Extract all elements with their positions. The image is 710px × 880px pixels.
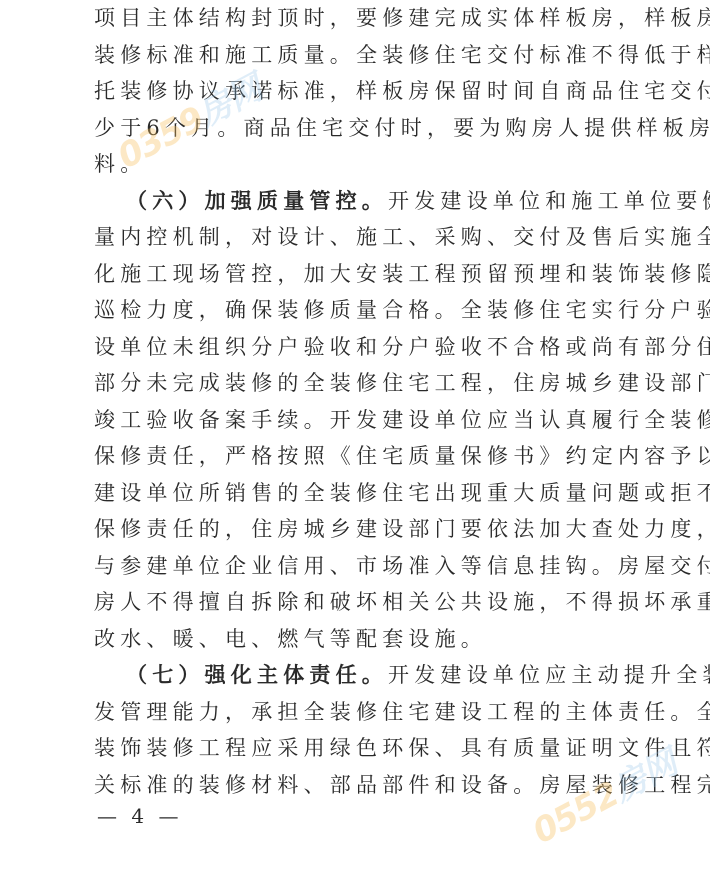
text-line: 化施工现场管控，加大安装工程预留预埋和装饰装修隐蔽工程的: [94, 259, 620, 289]
text-line: 设单位未组织分户验收和分户验收不合格或尚有部分住宅及公共: [94, 332, 620, 362]
text-line: 开发建设单位和施工单位要健全企业质: [388, 189, 710, 213]
text-line: 托装修协议承诺标准，样板房保留时间自商品住宅交付之日起不: [94, 76, 620, 106]
text-line: 部分未完成装修的全装修住宅工程，住房城乡建设部门不予办理: [94, 368, 620, 398]
text-line: 装饰装修工程应采用绿色环保、具有质量证明文件且符合国家有: [94, 733, 620, 763]
text-line: 装修标准和施工质量。全装修住宅交付标准不得低于样板房和委: [94, 40, 620, 70]
text-line: 发管理能力，承担全装修住宅建设工程的主体责任。全装修住宅: [94, 697, 620, 727]
text-line: 建设单位所销售的全装修住宅出现重大质量问题或拒不履行质量: [94, 478, 620, 508]
text-line: 量内控机制，对设计、施工、采购、交付及售后实施全过程管理，强: [94, 222, 620, 252]
text-line: 开发建设单位应主动提升全装修住宅开: [388, 663, 710, 687]
page-number: — 4 —: [97, 804, 182, 828]
section-heading-six: （六）加强质量管控。: [126, 188, 388, 213]
section-seven-first-line: （七）强化主体责任。开发建设单位应主动提升全装修住宅开: [126, 660, 620, 690]
text-line: 关标准的装修材料、部品部件和设备。房屋装修工程完成后，开发: [94, 770, 620, 800]
text-line: 保修责任的，住房城乡建设部门要依法加大查处力度，查处结果要: [94, 514, 620, 544]
document-page: 项目主体结构封顶时，要修建完成实体样板房，样板房要真实反映 装修标准和施工质量。…: [0, 0, 710, 880]
text-line: 项目主体结构封顶时，要修建完成实体样板房，样板房要真实反映: [94, 3, 620, 33]
section-six-first-line: （六）加强质量管控。开发建设单位和施工单位要健全企业质: [126, 186, 620, 216]
text-line: 与参建单位企业信用、市场准入等信息挂钩。房屋交付使用后，购: [94, 551, 620, 581]
text-line: 竣工验收备案手续。开发建设单位应当认真履行全装修住宅质量: [94, 405, 620, 435]
text-line: 房人不得擅自拆除和破坏相关公共设施，不得损坏承重墙体和拆: [94, 587, 620, 617]
text-line: 少于6个月。商品住宅交付时，要为购房人提供样板房的影像资: [94, 113, 620, 143]
text-line: 改水、暖、电、燃气等配套设施。: [94, 624, 620, 654]
text-line: 巡检力度，确保装修质量合格。全装修住宅实行分户验收，开发建: [94, 295, 620, 325]
text-line: 保修责任，严格按照《住宅质量保修书》约定内容予以保修。开发: [94, 441, 620, 471]
text-line: 料。: [94, 149, 620, 179]
section-heading-seven: （七）强化主体责任。: [126, 662, 388, 687]
